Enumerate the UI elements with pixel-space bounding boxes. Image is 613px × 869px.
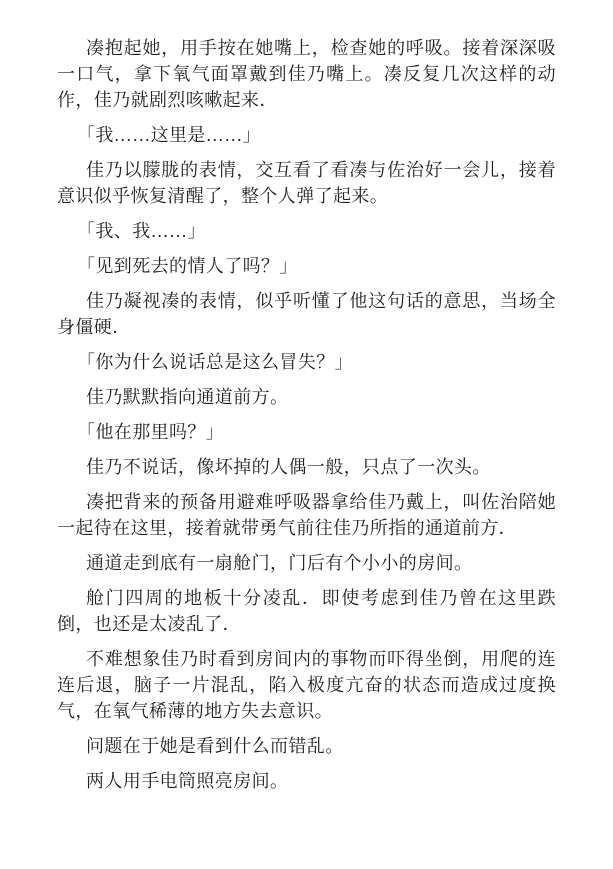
text-paragraph: 两人用手电筒照亮房间。 xyxy=(57,768,556,794)
text-paragraph: 「我、我……」 xyxy=(57,218,556,244)
text-paragraph: 佳乃默默指向通道前方。 xyxy=(57,384,556,410)
text-column: 凑抱起她，用手按在她嘴上，检查她的呼吸。接着深深吸一口气，拿下氧气面罩戴到佳乃嘴… xyxy=(57,35,556,794)
text-paragraph: 「你为什么说话总是这么冒失？」 xyxy=(57,349,556,375)
novel-page: 凑抱起她，用手按在她嘴上，检查她的呼吸。接着深深吸一口气，拿下氧气面罩戴到佳乃嘴… xyxy=(0,0,613,869)
text-paragraph: 舱门四周的地板十分凌乱．即使考虑到佳乃曾在这里跌倒，也还是太凌乱了． xyxy=(57,585,556,637)
text-paragraph: 不难想象佳乃时看到房间内的事物而吓得坐倒，用爬的连连后退，脑子一片混乱，陷入极度… xyxy=(57,646,556,724)
text-paragraph: 「他在那里吗？」 xyxy=(57,419,556,445)
text-paragraph: 佳乃凝视凑的表情，似乎听懂了他这句话的意思，当场全身僵硬． xyxy=(57,288,556,340)
text-paragraph: 通道走到底有一扇舱门，门后有个小小的房间。 xyxy=(57,550,556,576)
text-paragraph: 凑抱起她，用手按在她嘴上，检查她的呼吸。接着深深吸一口气，拿下氧气面罩戴到佳乃嘴… xyxy=(57,35,556,113)
text-paragraph: 「我……这里是……」 xyxy=(57,122,556,148)
text-paragraph: 「见到死去的情人了吗？」 xyxy=(57,253,556,279)
text-paragraph: 问题在于她是看到什么而错乱。 xyxy=(57,733,556,759)
text-paragraph: 佳乃以朦胧的表情，交互看了看凑与佐治好一会儿，接着意识似乎恢复清醒了，整个人弹了… xyxy=(57,157,556,209)
text-paragraph: 凑把背来的预备用避难呼吸器拿给佳乃戴上，叫佐治陪她一起待在这里，接着就带勇气前往… xyxy=(57,489,556,541)
text-paragraph: 佳乃不说话，像坏掉的人偶一般，只点了一次头。 xyxy=(57,454,556,480)
